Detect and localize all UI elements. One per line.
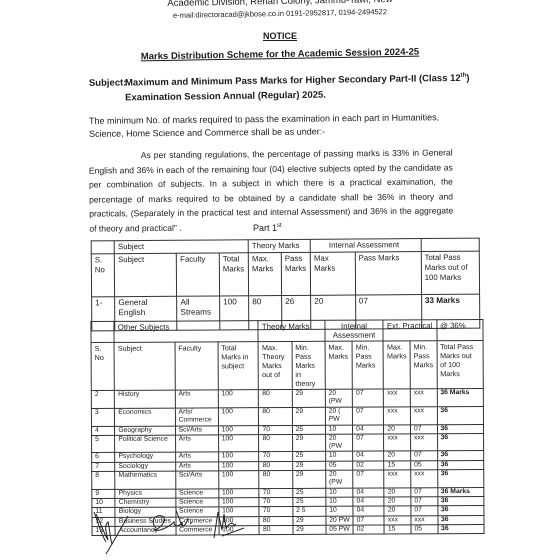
part-label: Part 1st [253, 223, 282, 233]
cell-ia-max: 05 PW [326, 525, 353, 534]
cell-pr-max: xxx [384, 406, 411, 424]
table-row: 2HistoryArts100802920 (PW07xxxxxx36 Mark… [91, 388, 483, 408]
col-header: S. No [91, 342, 115, 390]
cell-pass: 36 [438, 524, 485, 534]
table-row: 5Political ScienceArts100802920 (PW07xxx… [92, 433, 484, 453]
cell-ia-max: 10 [326, 497, 353, 506]
cell-total: 100 [218, 425, 259, 435]
cell-ia-max: 20 (PW [325, 470, 352, 488]
cell-pr-min: 07 [410, 424, 437, 433]
cell-pr-max: 20 [384, 488, 411, 497]
cell-th-max: 80 [259, 525, 292, 534]
cell-ia-min: 07 [352, 389, 383, 407]
cell-th-min: 29 [292, 389, 325, 407]
cell-pr-min: xxx [411, 515, 438, 524]
col-header: Min. Pass Marks [410, 341, 437, 389]
cell-pr-min: 05 [411, 525, 438, 534]
cell-subject: Chemistry [115, 498, 175, 508]
header-row: S. NoSubjectFacultyTotal Marks in subjec… [91, 340, 483, 390]
cell-ia-min: 02 [353, 461, 384, 470]
regulations-text: As per standing regulations, the percent… [89, 147, 453, 233]
group-theory: Theory Marks [248, 239, 310, 252]
cell-subject: Geography [115, 426, 175, 436]
col-header: Min. Pass Marks in theory [292, 341, 325, 389]
part-text: Part 1 [253, 223, 277, 233]
col-header: Pass Marks [355, 252, 421, 295]
cell-pr-min: 07 [411, 506, 438, 515]
signature-1-icon [92, 508, 132, 556]
cell-ia-max: 20 (PW [325, 389, 352, 407]
cell-pass: 36 Marks [437, 388, 484, 406]
cell-th-min: 29 [293, 516, 326, 525]
cell-pr-max: 20 [384, 451, 411, 460]
cell-th-max: 80 [259, 407, 292, 425]
cell-pass: 36 [437, 424, 484, 434]
cell-ia-min: 07 [353, 470, 384, 488]
cell-th-max: 80 [259, 516, 292, 525]
cell-ia-min: 07 [353, 516, 384, 525]
cell-pr-min: xxx [410, 434, 437, 452]
col-header: Pass Marks [281, 252, 310, 295]
cell-pr-max: xxx [384, 434, 411, 452]
cell-pass: 36 [437, 460, 484, 470]
cell-ia-min: 04 [353, 425, 384, 434]
cell-total: 100 [218, 498, 259, 508]
cell-th-max: 70 [259, 452, 292, 461]
cell-th-min: 25 [292, 425, 325, 434]
cell-sno: 10 [92, 498, 115, 507]
cell-total: 100 [218, 435, 259, 453]
cell-th-max: 80 [259, 471, 292, 489]
signature-2-icon [146, 508, 196, 538]
cell-faculty: Science [175, 498, 218, 508]
group-practical: Ext. Practical [383, 320, 436, 341]
cell-th-min: 25 [292, 497, 325, 506]
cell-th-max: 80 [259, 461, 292, 470]
cell-pr-max: 20 [384, 506, 411, 515]
cell-faculty: Arts/ Commerce [175, 407, 218, 425]
cell-th-max: 80 [259, 434, 292, 452]
cell-th-min: 25 [292, 452, 325, 461]
cell-total: 100 [218, 390, 259, 408]
cell-th-max: 70 [259, 507, 292, 516]
cell-ia-min: 07 [353, 434, 384, 452]
subject-line: Subject:Maximum and Minimum Pass Marks f… [89, 68, 509, 106]
col-header: Total Pass Marks out of 100 Marks [437, 340, 484, 388]
cell-pr-min: xxx [410, 389, 437, 407]
group-pct: @ 36% [436, 319, 483, 340]
subject-label: Subject: [89, 76, 125, 92]
cell-ia-max: 10 [325, 452, 352, 461]
cell-pr-min: 07 [411, 451, 438, 460]
group-subject: Subject [114, 240, 248, 254]
col-header: Max. Marks [248, 253, 281, 296]
cell-ia-max: 20 (PW [325, 434, 352, 452]
col-header: Max. Theory Marks out of [258, 341, 291, 389]
cell-sno: 4 [91, 426, 114, 435]
cell-th-min: 29 [293, 525, 326, 534]
group-theory: Theory Marks [258, 320, 324, 341]
cell-th-max: 80 [259, 389, 292, 407]
cell-th-min: 29 [292, 407, 325, 425]
cell-th-min: 29 [292, 470, 325, 488]
cell-pr-max: 20 [384, 424, 411, 433]
cell-th-max: 70 [259, 425, 292, 434]
cell-pr-min: 07 [411, 487, 438, 496]
subject-text-1: Maximum and Minimum Pass Marks for Highe… [125, 73, 461, 89]
cell-faculty: Arts [175, 452, 218, 462]
cell-pr-min: xxx [411, 470, 438, 488]
col-header: Min. Pass Marks [352, 341, 383, 389]
cell-pr-max: xxx [384, 515, 411, 524]
cell-ia-min: 07 [353, 407, 384, 425]
scheme-title: Marks Distribution Scheme for the Academ… [0, 44, 560, 65]
cell-ia-max: 10 [326, 506, 353, 515]
cell-ia-min: 02 [353, 525, 384, 534]
cell-faculty: Arts [175, 462, 218, 472]
col-header: Max. Marks [325, 341, 353, 389]
col-header: Faculty [175, 342, 218, 390]
cell-sno: 3 [91, 408, 114, 426]
subject-end: ) [466, 73, 469, 84]
cell-sno: 8 [92, 471, 115, 489]
cell-ia-min: 04 [353, 497, 384, 506]
table-row: 3EconomicsArts/ Commerce100802920 ( PW07… [91, 406, 483, 426]
cell-th-min: 2 5 [293, 507, 326, 516]
cell-total: 100 [218, 452, 259, 462]
cell-pass: 36 [437, 506, 484, 516]
group-internal: Internal Assessment [310, 239, 421, 253]
signature-3-icon [212, 508, 248, 542]
cell-pr-min: xxx [410, 406, 437, 424]
col-header: Subject [115, 253, 177, 296]
cell-ia-min: 04 [353, 506, 384, 515]
header-row: S. NoSubjectFacultyTotal MarksMax. Marks… [91, 251, 479, 297]
cell-pr-max: xxx [384, 389, 411, 407]
cell-sno: 5 [92, 435, 115, 453]
col-header: Faculty [177, 253, 220, 296]
cell-total: 100 [218, 488, 259, 498]
cell-subject: Political Science [115, 435, 175, 453]
cell-subject: Psychology [115, 453, 175, 463]
cell-faculty: Arts [175, 435, 218, 453]
cell-pr-min: 07 [411, 497, 438, 506]
general-english-table: Subject Theory Marks Internal Assessment… [91, 238, 481, 332]
col-header: Total Marks in subject [218, 342, 259, 390]
cell-total: 100 [218, 471, 259, 489]
cell-ia-max: 10 [325, 425, 352, 434]
cell-pr-max: 15 [384, 525, 411, 534]
cell-pr-max: 20 [384, 497, 411, 506]
cell-pass: 36 [437, 406, 484, 424]
cell-pass: 36 [437, 451, 484, 461]
cell-pr-max: xxx [384, 470, 411, 488]
group-internal: Internal Assessment [325, 320, 384, 341]
cell-pr-max: 15 [384, 461, 411, 470]
col-header: Total Marks [219, 253, 248, 296]
cell-ia-max: 20 PW [326, 516, 353, 525]
cell-subject: Sociology [115, 462, 175, 472]
cell-th-max: 70 [259, 497, 292, 506]
cell-faculty: Science [175, 489, 218, 499]
cell-sno: 9 [92, 489, 115, 498]
other-subjects-table: Other Subjects Theory Marks Internal Ass… [90, 319, 484, 536]
cell-subject: Mathematics [115, 471, 175, 489]
cell-total: 100 [218, 407, 259, 425]
cell-ia-min: 04 [353, 451, 384, 460]
part-sup: st [277, 223, 282, 229]
cell-th-min: 29 [292, 434, 325, 452]
paragraph-intro: The minimum No. of marks required to pas… [89, 111, 449, 141]
cell-sno: 2 [91, 390, 114, 408]
cell-sno: 7 [92, 462, 115, 471]
col-header: S. No [91, 254, 115, 297]
col-header: Total Pass Marks out of 100 Marks [421, 251, 480, 294]
cell-ia-max: 20 ( PW [325, 407, 353, 425]
table-row: 8MathematicsSci/Arts100802920 (PW07xxxxx… [92, 470, 484, 490]
cell-pr-min: 05 [411, 460, 438, 469]
cell-ia-max: 10 [326, 488, 353, 497]
cell-subject: Physics [115, 489, 175, 499]
cell-pass: 36 [437, 470, 484, 488]
cell-pass: 36 [437, 433, 484, 451]
cell-total: 100 [218, 461, 259, 471]
cell-th-min: 25 [292, 488, 325, 497]
cell-pass: 36 [437, 496, 484, 506]
cell-subject: Economics [115, 408, 175, 426]
notice-title: NOTICE [0, 31, 560, 41]
group-other: Other Subjects [114, 321, 258, 343]
cell-faculty: Sci/Arts [175, 471, 218, 489]
cell-th-max: 70 [259, 488, 292, 497]
col-header: Max. Marks [383, 341, 410, 389]
cell-pass: 36 [437, 515, 484, 525]
col-header: Subject [114, 342, 175, 390]
cell-ia-max: 05 [325, 461, 352, 470]
cell-th-min: 29 [292, 461, 325, 470]
cell-sno: 6 [92, 453, 115, 462]
group-header-row: Other Subjects Theory Marks Internal Ass… [91, 319, 483, 342]
cell-faculty: Arts [175, 390, 218, 408]
cell-subject: History [115, 390, 175, 408]
cell-pass: 36 Marks [437, 487, 484, 497]
cell-faculty: Sci/Arts [175, 425, 218, 435]
col-header: Max Marks [310, 252, 355, 295]
cell-ia-min: 04 [353, 488, 384, 497]
